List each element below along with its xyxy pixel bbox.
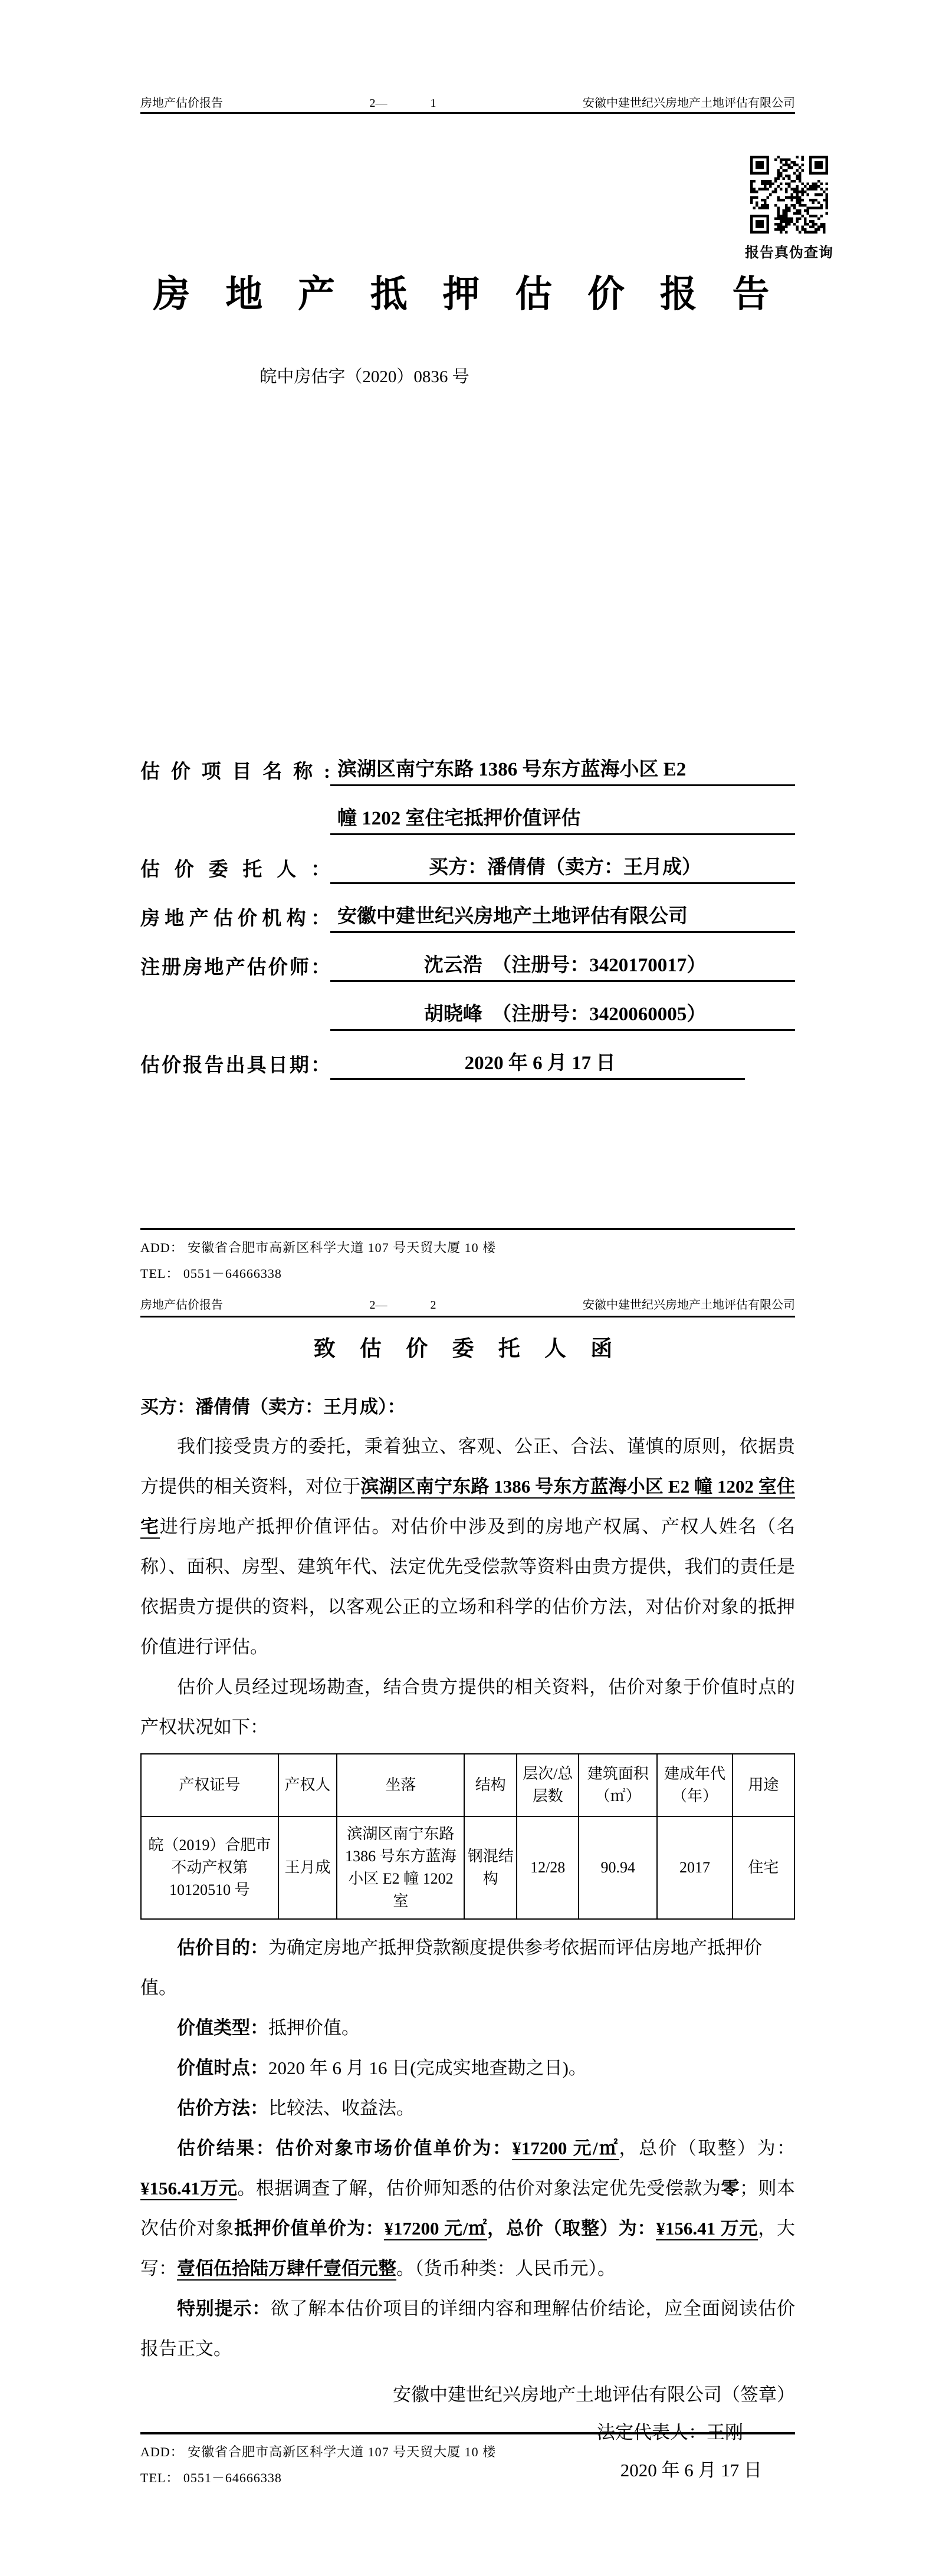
table-header-row: 产权证号 产权人 坐落 结构 层次/总层数 建筑面积（㎡） 建成年代（年） 用途	[141, 1754, 794, 1816]
field-value: 沈云浩 （注册号：3420170017）	[330, 949, 795, 982]
qr-caption: 报告真伪查询	[744, 241, 834, 261]
page1-header-title: 房地产估价报告	[140, 93, 223, 110]
page2-header-company: 安徽中建世纪兴房地产土地评估有限公司	[583, 1295, 795, 1312]
page2-header-rule	[140, 1316, 795, 1317]
qr-code	[744, 156, 834, 234]
field-label: 估 价 委 托 人 ：	[140, 854, 330, 884]
td-year-built: 2017	[657, 1816, 732, 1919]
result-total-price-2: ¥156.41 万元	[656, 2218, 758, 2240]
footer-telephone: TEL： 0551－64666338	[140, 1264, 795, 1282]
item-value-type: 价值类型：抵押价值。	[140, 2008, 795, 2048]
th-area: 建筑面积（㎡）	[579, 1754, 657, 1816]
letter-paragraph-1: 我们接受贵方的委托，秉着独立、客观、公正、合法、谨慎的原则，依据贵方提供的相关资…	[140, 1427, 795, 1667]
special-note-label: 特别提示：	[177, 2298, 271, 2319]
para1-post: 进行房地产抵押价值评估。对估价中涉及到的房地产权属、产权人姓名（名称）、面积、房…	[140, 1516, 795, 1657]
item-label: 估价方法：	[177, 2098, 268, 2118]
field-client: 估 价 委 托 人 ： 买方：潘倩倩（卖方：王月成）	[140, 835, 795, 884]
field-value: 幢 1202 室住宅抵押价值评估	[330, 803, 795, 835]
cover-fields: 估 价 项 目 名 称 : 滨湖区南宁东路 1386 号东方蓝海小区 E2 幢 …	[140, 737, 795, 1080]
item-label: 估价目的：	[177, 1937, 268, 1958]
td-area: 90.94	[579, 1816, 657, 1919]
report-doc-number: 皖中房估字（2020）0836 号	[140, 363, 795, 387]
appraisal-items: 估价目的：为确定房地产抵押贷款额度提供参考依据而评估房地产抵押价值。 价值类型：…	[140, 1928, 795, 2128]
th-structure: 结构	[464, 1754, 517, 1816]
th-floor: 层次/总层数	[517, 1754, 579, 1816]
result-seg8: 。（货币种类：人民币元）。	[396, 2258, 616, 2279]
field-label	[140, 1029, 330, 1031]
result-seg2: ，总价（取整）为：	[619, 2138, 795, 2158]
field-label: 估价报告出具日期：	[140, 1050, 330, 1080]
page1-header-company: 安徽中建世纪兴房地产土地评估有限公司	[583, 93, 795, 110]
field-agency: 房地产估价机构： 安徽中建世纪兴房地产土地评估有限公司	[140, 884, 795, 933]
th-location: 坐落	[337, 1754, 464, 1816]
result-total-price-1: ¥156.41万元	[140, 2178, 237, 2200]
result-seg5: 抵押价值单价为：	[234, 2218, 384, 2239]
td-location: 滨湖区南宁东路 1386 号东方蓝海小区 E2 幢 1202 室	[337, 1816, 464, 1919]
page2-page-number: 2— 2	[223, 1299, 583, 1312]
page1-page-total: 2—	[370, 97, 387, 110]
footer-telephone: TEL： 0551－64666338	[140, 2468, 795, 2486]
result-label: 估价结果：	[177, 2138, 275, 2158]
property-rights-table: 产权证号 产权人 坐落 结构 层次/总层数 建筑面积（㎡） 建成年代（年） 用途…	[140, 1753, 795, 1920]
td-certificate-no: 皖（2019）合肥市不动产权第 10120510 号	[141, 1816, 278, 1919]
field-label: 估 价 项 目 名 称 :	[140, 756, 330, 786]
footer-address: ADD： 安徽省合肥市高新区科学大道 107 号天贸大厦 10 楼	[140, 1238, 795, 1256]
item-purpose: 估价目的：为确定房地产抵押贷款额度提供参考依据而评估房地产抵押价值。	[140, 1928, 795, 2008]
item-label: 价值时点：	[177, 2058, 268, 2078]
result-unit-price-1: ¥17200 元/㎡	[512, 2138, 619, 2160]
td-owner: 王月成	[278, 1816, 337, 1919]
field-value: 安徽中建世纪兴房地产土地评估有限公司	[330, 901, 795, 933]
item-text: 2020 年 6 月 16 日(完成实地查勘之日)。	[268, 2058, 587, 2078]
page2-footer: ADD： 安徽省合肥市高新区科学大道 107 号天贸大厦 10 楼 TEL： 0…	[140, 2432, 795, 2486]
page2-footer-rule	[140, 2432, 795, 2434]
page1-page-index: 1	[431, 97, 436, 110]
field-value: 2020 年 6 月 17 日	[330, 1047, 745, 1080]
appraisal-result: 估价结果：估价对象市场价值单价为：¥17200 元/㎡，总价（取整）为：¥156…	[140, 2128, 795, 2289]
letter-title: 致 估 价 委 托 人 函	[140, 1330, 795, 1362]
qr-block: 报告真伪查询	[744, 156, 834, 261]
letter-paragraph-2: 估价人员经过现场勘查，结合贵方提供的相关资料，估价对象于价值时点的产权状况如下：	[140, 1667, 795, 1747]
field-label: 房地产估价机构：	[140, 903, 330, 933]
result-seg3: 。根据调查了解，估价师知悉的估价对象法定优先受偿款为	[237, 2178, 721, 2199]
result-amount-words: 壹佰伍拾陆万肆仟壹佰元整	[177, 2258, 396, 2281]
page1-header-rule	[140, 112, 795, 114]
item-label: 价值类型：	[177, 2018, 268, 2038]
page2: 房地产估价报告 2— 2 安徽中建世纪兴房地产土地评估有限公司 致 估 价 委 …	[140, 1295, 795, 2489]
page1-footer-rule	[140, 1228, 795, 1230]
field-value: 胡晓峰 （注册号：3420060005）	[330, 998, 795, 1031]
signature-company: 安徽中建世纪兴房地产土地评估有限公司（签章）	[140, 2376, 795, 2414]
report-document: { "page1": { "header": { "left": "房地产估价报…	[0, 0, 936, 2576]
td-use: 住宅	[733, 1816, 794, 1919]
footer-address: ADD： 安徽省合肥市高新区科学大道 107 号天贸大厦 10 楼	[140, 2442, 795, 2460]
field-label	[140, 833, 330, 835]
page1-page-number: 2— 1	[223, 97, 583, 110]
field-project-name-cont: 幢 1202 室住宅抵押价值评估	[140, 786, 795, 835]
field-value: 买方：潘倩倩（卖方：王月成）	[330, 852, 795, 884]
field-label: 注册房地产估价师：	[140, 952, 330, 982]
letter-salutation: 买方：潘倩倩（卖方：王月成）：	[140, 1392, 795, 1418]
page1-footer: ADD： 安徽省合肥市高新区科学大道 107 号天贸大厦 10 楼 TEL： 0…	[140, 1228, 795, 1282]
th-use: 用途	[733, 1754, 794, 1816]
item-text: 抵押价值。	[268, 2018, 360, 2038]
th-owner: 产权人	[278, 1754, 337, 1816]
page1-header: 房地产估价报告 2— 1 安徽中建世纪兴房地产土地评估有限公司	[140, 93, 795, 110]
field-value: 滨湖区南宁东路 1386 号东方蓝海小区 E2	[330, 754, 795, 786]
result-seg1: 估价对象市场价值单价为：	[275, 2138, 512, 2158]
item-text: 比较法、收益法。	[268, 2098, 415, 2118]
field-appraiser-1: 注册房地产估价师： 沈云浩 （注册号：3420170017）	[140, 933, 795, 982]
result-seg6: ，总价（取整）为：	[487, 2218, 656, 2239]
th-year-built: 建成年代（年）	[657, 1754, 732, 1816]
field-project-name: 估 价 项 目 名 称 : 滨湖区南宁东路 1386 号东方蓝海小区 E2	[140, 737, 795, 786]
field-issue-date: 估价报告出具日期： 2020 年 6 月 17 日	[140, 1031, 795, 1080]
result-zero: 零	[721, 2178, 740, 2199]
page2-page-index: 2	[431, 1299, 436, 1312]
page2-header: 房地产估价报告 2— 2 安徽中建世纪兴房地产土地评估有限公司	[140, 1295, 795, 1312]
item-value-date: 价值时点：2020 年 6 月 16 日(完成实地查勘之日)。	[140, 2048, 795, 2088]
page2-page-total: 2—	[370, 1299, 387, 1312]
item-method: 估价方法：比较法、收益法。	[140, 2088, 795, 2128]
field-appraiser-2: 胡晓峰 （注册号：3420060005）	[140, 982, 795, 1031]
result-unit-price-2: ¥17200 元/㎡	[384, 2218, 487, 2240]
special-note: 特别提示：欲了解本估价项目的详细内容和理解估价结论，应全面阅读估价报告正文。	[140, 2289, 795, 2369]
page2-header-title: 房地产估价报告	[140, 1295, 223, 1312]
report-title: 房 地 产 抵 押 估 价 报 告	[140, 264, 795, 318]
td-structure: 钢混结构	[464, 1816, 517, 1919]
table-data-row: 皖（2019）合肥市不动产权第 10120510 号 王月成 滨湖区南宁东路 1…	[141, 1816, 794, 1919]
th-certificate-no: 产权证号	[141, 1754, 278, 1816]
td-floor: 12/28	[517, 1816, 579, 1919]
